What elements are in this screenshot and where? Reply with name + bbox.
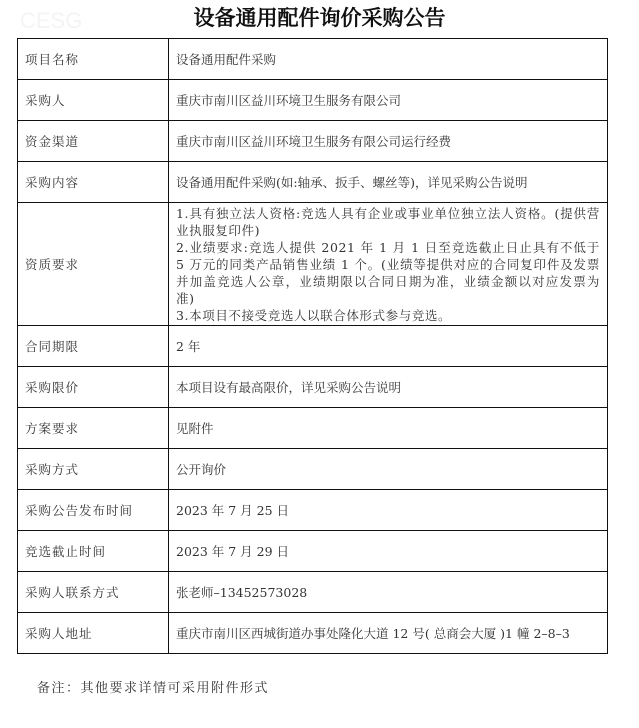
requirement-item-1: 1.具有独立法人资格:竞选人具有企业或事业单位独立法人资格。(提供营业执服复印件… (176, 205, 600, 239)
table-row-procurement-content: 采购内容 设备通用配件采购(如:轴承、扳手、螺丝等)，详见采购公告说明 (18, 162, 608, 203)
row-value: 见附件 (169, 408, 608, 449)
row-label: 资质要求 (18, 203, 169, 326)
row-value: 2 年 (169, 326, 608, 367)
row-value: 设备通用配件采购(如:轴承、扳手、螺丝等)，详见采购公告说明 (169, 162, 608, 203)
page-title: 设备通用配件询价采购公告 (0, 2, 639, 34)
requirement-item-3: 3.本项目不接受竞选人以联合体形式参与竞选。 (176, 307, 600, 324)
row-label: 方案要求 (18, 408, 169, 449)
row-label: 采购人地址 (18, 613, 169, 654)
table-row-price-limit: 采购限价 本项目设有最高限价，详见采购公告说明 (18, 367, 608, 408)
row-label: 采购方式 (18, 449, 169, 490)
table-row-funding-source: 资金渠道 重庆市南川区益川环境卫生服务有限公司运行经费 (18, 121, 608, 162)
row-label: 资金渠道 (18, 121, 169, 162)
row-value: 张老师–13452573028 (169, 572, 608, 613)
table-row-contact: 采购人联系方式 张老师–13452573028 (18, 572, 608, 613)
table-row-deadline: 竞选截止时间 2023 年 7 月 29 日 (18, 531, 608, 572)
table-row-publish-date: 采购公告发布时间 2023 年 7 月 25 日 (18, 490, 608, 531)
row-label: 采购人 (18, 80, 169, 121)
row-label: 采购内容 (18, 162, 169, 203)
table-row-contract-term: 合同期限 2 年 (18, 326, 608, 367)
procurement-info-table: 项目名称 设备通用配件采购 采购人 重庆市南川区益川环境卫生服务有限公司 资金渠… (17, 38, 608, 654)
table-row-plan-requirement: 方案要求 见附件 (18, 408, 608, 449)
row-label: 项目名称 (18, 39, 169, 80)
row-value: 2023 年 7 月 25 日 (169, 490, 608, 531)
table-row-project-name: 项目名称 设备通用配件采购 (18, 39, 608, 80)
row-label: 采购人联系方式 (18, 572, 169, 613)
table-row-purchaser: 采购人 重庆市南川区益川环境卫生服务有限公司 (18, 80, 608, 121)
requirement-item-2: 2.业绩要求:竞选人提供 2021 年 1 月 1 日至竞选截止日止具有不低于 … (176, 239, 600, 307)
row-label: 采购限价 (18, 367, 169, 408)
row-value: 重庆市南川区西城街道办事处隆化大道 12 号( 总商会大厦 )1 幢 2–8–3 (169, 613, 608, 654)
row-value: 重庆市南川区益川环境卫生服务有限公司 (169, 80, 608, 121)
row-value: 本项目设有最高限价，详见采购公告说明 (169, 367, 608, 408)
table-row-address: 采购人地址 重庆市南川区西城街道办事处隆化大道 12 号( 总商会大厦 )1 幢… (18, 613, 608, 654)
table-row-qualification: 资质要求 1.具有独立法人资格:竞选人具有企业或事业单位独立法人资格。(提供营业… (18, 203, 608, 326)
row-label: 采购公告发布时间 (18, 490, 169, 531)
row-value-qualification: 1.具有独立法人资格:竞选人具有企业或事业单位独立法人资格。(提供营业执服复印件… (169, 203, 608, 326)
row-value: 2023 年 7 月 29 日 (169, 531, 608, 572)
row-value: 设备通用配件采购 (169, 39, 608, 80)
table-row-procurement-method: 采购方式 公开询价 (18, 449, 608, 490)
row-value: 公开询价 (169, 449, 608, 490)
row-label: 合同期限 (18, 326, 169, 367)
row-value: 重庆市南川区益川环境卫生服务有限公司运行经费 (169, 121, 608, 162)
row-label: 竞选截止时间 (18, 531, 169, 572)
footnote: 备注：其他要求详情可采用附件形式 (37, 677, 269, 696)
